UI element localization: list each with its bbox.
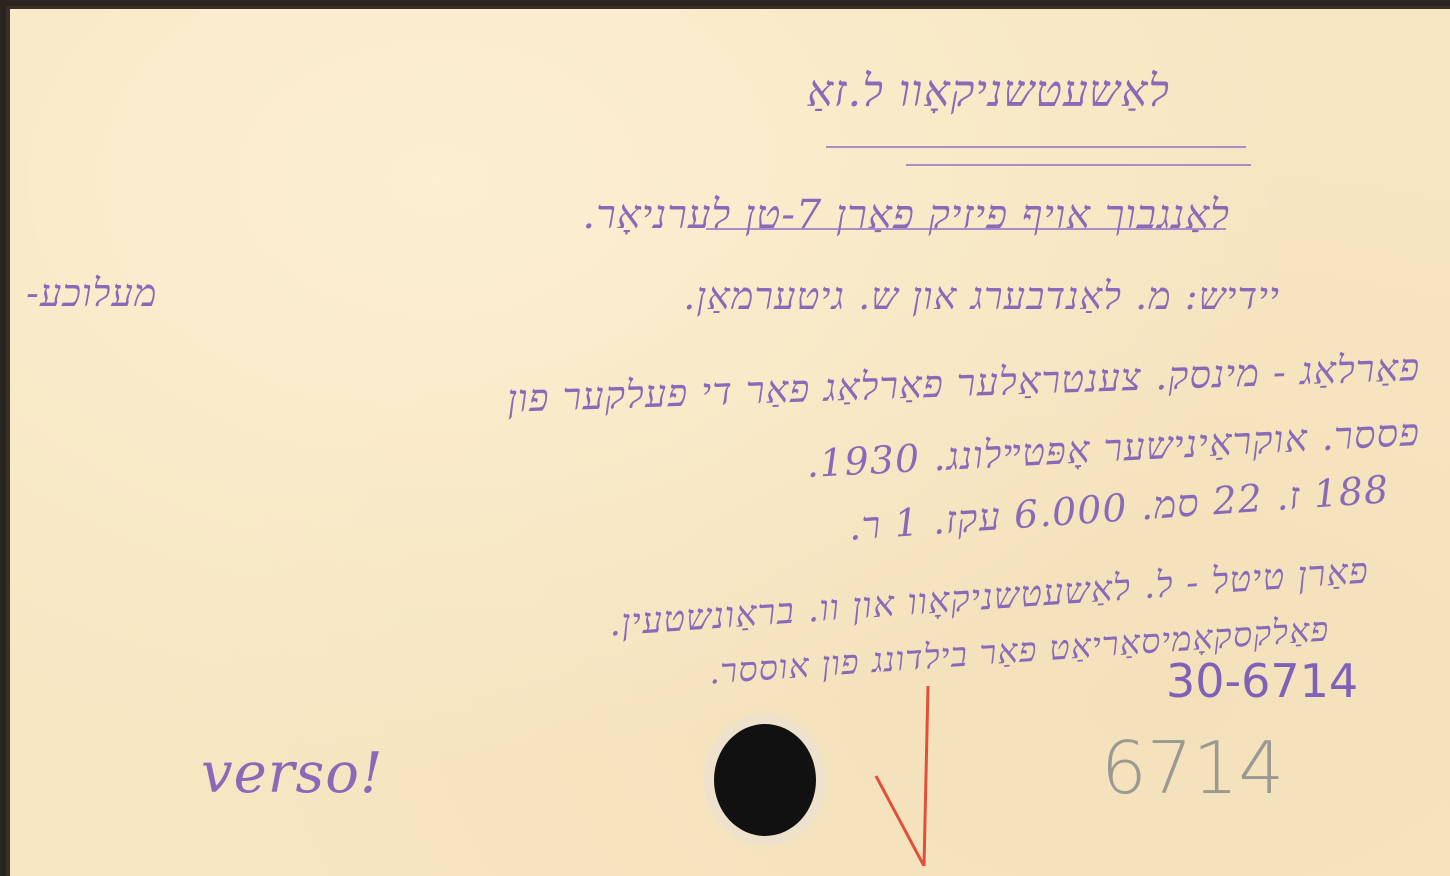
punch-hole <box>714 724 816 836</box>
catalog-number-pencil: 6714 <box>1101 726 1284 810</box>
red-check-mark-icon <box>866 666 946 866</box>
catalog-number-ink: 30-6714 <box>1166 654 1358 708</box>
card-publisher-line: פאַרלאַג - מינסק. צענטראַלער פאַרלאַג פא… <box>506 345 1420 422</box>
title-underline <box>706 228 1226 230</box>
card-heading: לאַשעטשניקאָוו ל.זאַ <box>807 66 1170 117</box>
card-publisher-prefix: מעלוכע- <box>26 271 157 316</box>
heading-underline-2 <box>906 164 1251 166</box>
card-authors-line: יידיש: מ. לאַנדבערג און ש. גיטערמאַן. <box>683 274 1280 319</box>
card-title-line: לאַנגבוך אויף פיזיק פאַרן 7-טן לערניאָר. <box>582 191 1230 238</box>
catalog-card: לאַשעטשניקאָוו ל.זאַ לאַנגבוך אויף פיזיק… <box>6 6 1450 876</box>
heading-underline <box>826 146 1246 148</box>
verso-note: verso! <box>201 741 384 806</box>
